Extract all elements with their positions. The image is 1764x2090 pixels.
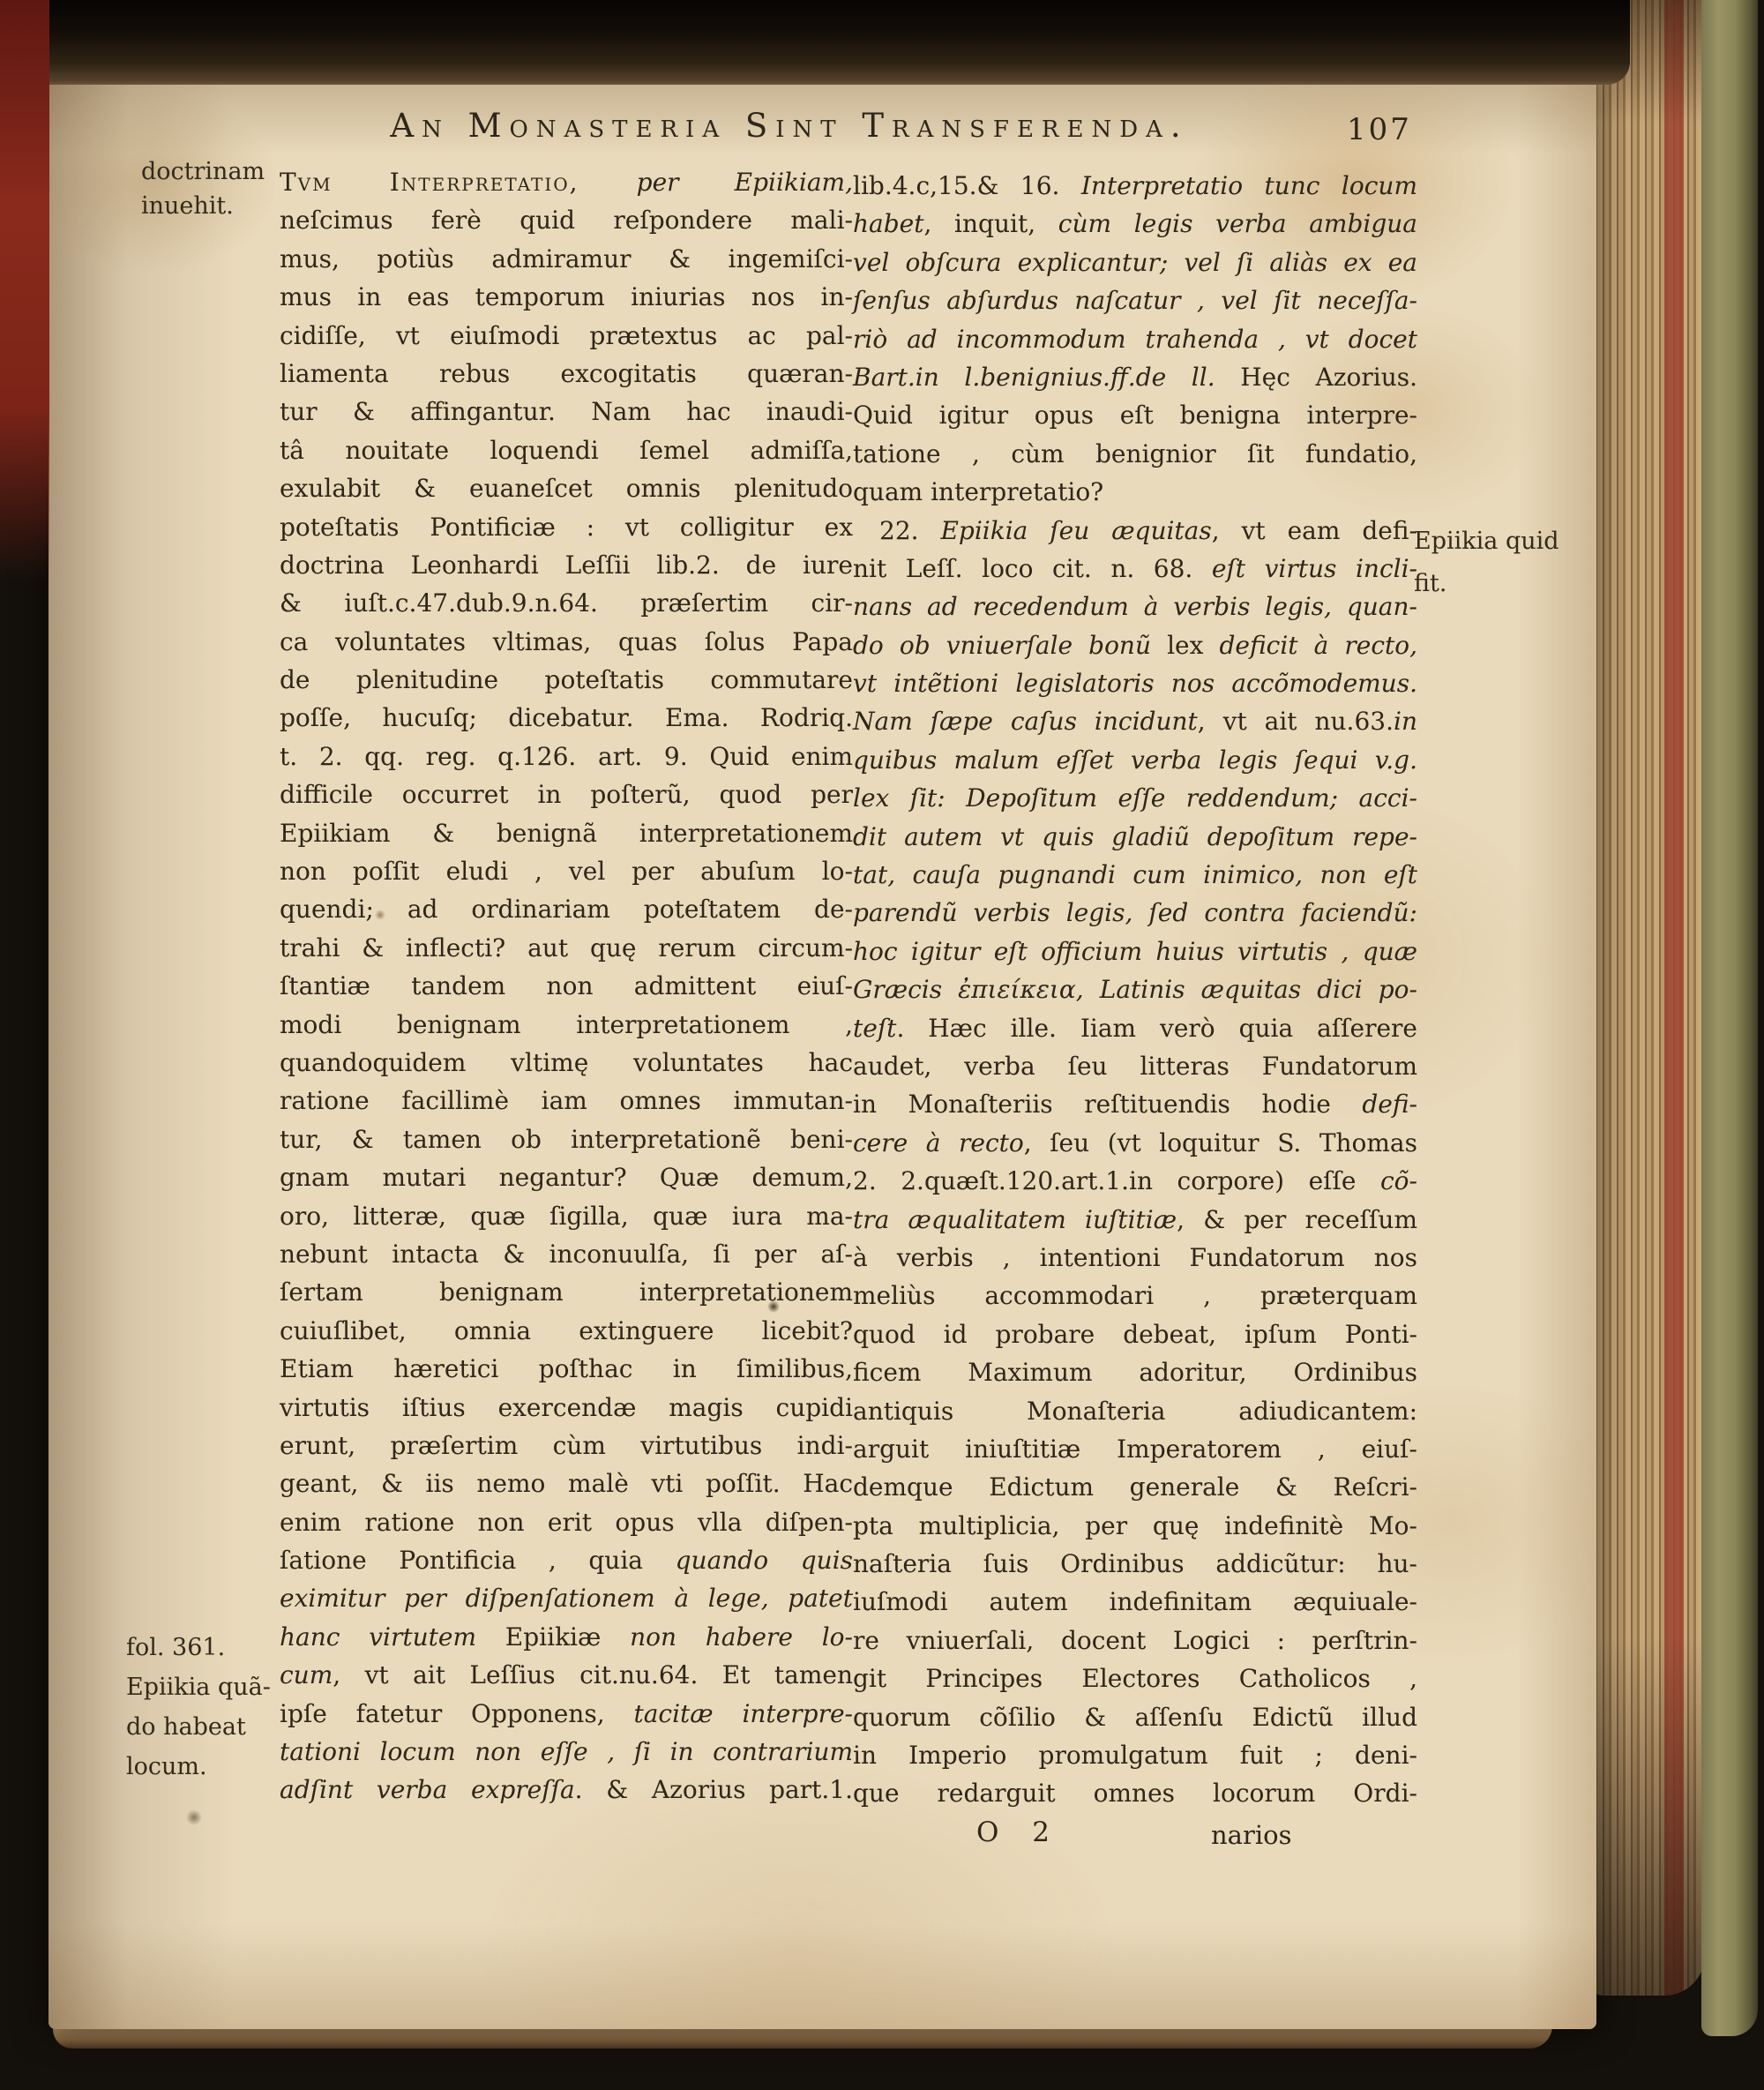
margin-note-right: Epiikia quidfit.	[1414, 521, 1608, 605]
text-line: tur, & tamen ob interpretationẽ beni-	[280, 1120, 853, 1158]
text-line: quandoquidem vltimę voluntates hac	[280, 1044, 853, 1082]
margin-note-line: Epiikia quid	[1414, 521, 1608, 563]
text-line: geant, & iis nemo malè vti poſſit. Hac	[280, 1464, 853, 1502]
text-line: parendũ verbis legis, ſed contra faciend…	[853, 894, 1417, 932]
text-line: vel obſcura explicantur; vel ſi aliàs ex…	[853, 243, 1417, 281]
text-line: ſtantiæ tandem non admittent eiuſ-	[280, 967, 853, 1005]
text-line: quam interpretatio?	[853, 473, 1417, 511]
text-line: cum, vt ait Leſſius cit.nu.64. Et tamen	[280, 1656, 853, 1694]
text-line: 2. 2.quæſt.120.art.1.in corpore) eſſe cõ…	[853, 1162, 1417, 1200]
text-line: ſertam benignam interpretationem	[280, 1273, 853, 1311]
text-line: mus, potiùs admiramur & ingemiſci-	[280, 240, 853, 278]
text-line: exulabit & euaneſcet omnis plenitudo	[280, 469, 853, 507]
text-line: nans ad recedendum à verbis legis, quan-	[853, 588, 1417, 626]
text-line: ca voluntates vltimas, quas ſolus Papa	[280, 623, 853, 661]
text-line: pta multiplicia, per quę indefinitè Mo-	[853, 1507, 1417, 1545]
text-line: quendi; ad ordinariam poteſtatem de-	[280, 890, 853, 928]
text-line: erunt, præſertim cùm virtutibus indi-	[280, 1427, 853, 1464]
margin-note-line: fit.	[1414, 563, 1608, 605]
text-line: ratione facillimè iam omnes immutan-	[280, 1082, 853, 1120]
text-line: ficem Maximum adoritur, Ordinibus	[853, 1353, 1417, 1391]
text-line: in Monaſteriis reſtituendis hodie defi-	[853, 1085, 1417, 1123]
text-line: & iuſt.c.47.dub.9.n.64. præſertim cir-	[280, 584, 853, 622]
running-header: An Monasteria Sint Transferenda.	[313, 107, 1266, 145]
text-line: ſenſus abſurdus naſcatur , vel ſit neceſ…	[853, 281, 1417, 319]
text-line: liamenta rebus excogitatis quæran-	[280, 355, 853, 393]
text-line: tatione , cùm benignior ſit fundatio,	[853, 435, 1417, 473]
text-line: riò ad incommodum trahenda , vt docet	[853, 320, 1417, 358]
text-line: enim ratione non erit opus vlla diſpen-	[280, 1503, 853, 1541]
text-line: nebunt intacta & inconuulſa, ſi per aſ-	[280, 1235, 853, 1273]
text-line: Epiikiam & benignã interpretationem	[280, 814, 853, 852]
text-line: poteſtatis Pontificiæ : vt colligitur ex	[280, 508, 853, 546]
text-line: antiquis Monaſteria adiudicantem:	[853, 1392, 1417, 1430]
text-line: trahi & inflecti? aut quę rerum circum-	[280, 929, 853, 967]
text-line: quibus malum eſſet verba legis ſequi v.g…	[853, 741, 1417, 779]
text-line: iuſmodi autem indefinitam æquiuale-	[853, 1583, 1417, 1621]
text-line: de plenitudine poteſtatis commutare	[280, 661, 853, 699]
text-line: do ob vniuerſale bonũ lex deficit à rect…	[853, 626, 1417, 664]
text-line: Tvm Interpretatio, per Epiikiam,	[280, 163, 853, 201]
catchword: narios	[1211, 1820, 1291, 1850]
text-line: vt intẽtioni legislatoris nos accõmodemu…	[853, 664, 1417, 702]
text-line: cidiſſe, vt eiuſmodi prætextus ac pal-	[280, 317, 853, 355]
text-line: habet, inquit, cùm legis verba ambigua	[853, 205, 1417, 243]
margin-note-line: do habeat	[126, 1707, 320, 1747]
signature-mark: O 2	[976, 1817, 1062, 1848]
margin-note-line: fol. 361.	[126, 1628, 320, 1667]
text-line: hanc virtutem Epiikiæ non habere lo-	[280, 1618, 853, 1656]
text-line: quod id probare debeat, ipſum Ponti-	[853, 1315, 1417, 1353]
text-line: hoc igitur eſt officium huius virtutis ,…	[853, 933, 1417, 970]
text-line: quorum cõſilio & aſſenſu Edictũ illud	[853, 1698, 1417, 1736]
text-line: cere à recto, ſeu (vt loquitur S. Thomas	[853, 1124, 1417, 1162]
text-line: Nam ſæpe caſus incidunt, vt ait nu.63.in	[853, 702, 1417, 740]
text-line: Bart.in l.benignius.ff.de ll. Hęc Azoriu…	[853, 358, 1417, 396]
text-line: tat, cauſa pugnandi cum inimico, non eſt	[853, 856, 1417, 894]
text-line: in Imperio promulgatum fuit ; deni-	[853, 1736, 1417, 1774]
right-column: lib.4.c,15.& 16. Interpretatio tunc locu…	[853, 167, 1417, 1813]
text-line: re vniuerſali, docent Logici : perſtrin-	[853, 1622, 1417, 1659]
text-line: à verbis , intentioni Fundatorum nos	[853, 1239, 1417, 1277]
text-line: lex ſit: Depoſitum eſſe reddendum; acci-	[853, 779, 1417, 817]
text-line: ſatione Pontificia , quia quando quis	[280, 1541, 853, 1579]
text-line: mus in eas temporum iniurias nos in-	[280, 278, 853, 316]
text-line: neſcimus ferè quid reſpondere mali-	[280, 201, 853, 239]
text-line: tra æqualitatem iuſtitiæ, & per receſſum	[853, 1201, 1417, 1239]
text-line: t. 2. qq. reg. q.126. art. 9. Quid enim	[280, 738, 853, 775]
page-fore-edges	[1590, 0, 1705, 1996]
text-line: gnam mutari negantur? Quæ demum,	[280, 1158, 853, 1196]
text-line: naſteria ſuis Ordinibus addicũtur: hu-	[853, 1545, 1417, 1583]
book-spine-edge	[0, 0, 49, 582]
text-line: audet, verba ſeu litteras Fundatorum	[853, 1047, 1417, 1085]
margin-note-left-bottom: fol. 361.Epiikia quã-do habeatlocum.	[126, 1628, 320, 1787]
text-line: poſſe, hucuſq; dicebatur. Ema. Rodriq.	[280, 699, 853, 737]
text-line: dit autem vt quis gladiũ depoſitum repe-	[853, 818, 1417, 856]
margin-note-line: locum.	[126, 1747, 320, 1787]
book-cover-edge	[1701, 0, 1758, 2036]
book-photo: An Monasteria Sint Transferenda. 107 doc…	[0, 0, 1764, 2090]
text-line: non poſſit eludi , vel per abuſum lo-	[280, 852, 853, 890]
text-line: 22. Epiikia ſeu æquitas, vt eam defi-	[853, 512, 1417, 550]
text-line: modi benignam interpretationem ,	[280, 1006, 853, 1044]
book-page: An Monasteria Sint Transferenda. 107 doc…	[49, 75, 1596, 2029]
book-top-edge	[0, 0, 1630, 85]
text-line: virtutis iſtius exercendæ magis cupidi	[280, 1389, 853, 1427]
text-line: que redarguit omnes locorum Ordi-	[853, 1774, 1417, 1812]
text-line: difficile occurret in poſterũ, quod per	[280, 775, 853, 813]
text-line: ipſe fatetur Opponens, tacitæ interpre-	[280, 1695, 853, 1733]
text-line: teſt. Hæc ille. Iiam verò quia aſſerere	[853, 1009, 1417, 1047]
left-column: Tvm Interpretatio, per Epiikiam,neſcimus…	[280, 163, 853, 1809]
text-line: tur & affingantur. Nam hac inaudi-	[280, 393, 853, 431]
text-line: adſint verba expreſſa. & Azorius part.1.	[280, 1771, 853, 1809]
text-line: doctrina Leonhardi Leſſii lib.2. de iure	[280, 546, 853, 584]
text-line: lib.4.c,15.& 16. Interpretatio tunc locu…	[853, 167, 1417, 205]
text-line: Etiam hæretici poſthac in ſimilibus,	[280, 1350, 853, 1388]
text-line: Quid igitur opus eſt benigna interpre-	[853, 396, 1417, 434]
text-line: oro, litteræ, quæ ſigilla, quæ iura ma-	[280, 1197, 853, 1235]
text-line: eximitur per diſpenſationem à lege, pate…	[280, 1579, 853, 1617]
text-line: arguit iniuſtitiæ Imperatorem , eiuſ-	[853, 1430, 1417, 1468]
text-line: nit Leſſ. loco cit. n. 68. eſt virtus in…	[853, 550, 1417, 588]
text-line: tationi locum non eſſe , ſi in contrariu…	[280, 1733, 853, 1771]
text-line: cuiuſlibet, omnia extinguere licebit?	[280, 1312, 853, 1350]
text-line: demque Edictum generale & Reſcri-	[853, 1468, 1417, 1506]
text-line: meliùs accommodari , præterquam	[853, 1277, 1417, 1315]
text-line: Græcis ἐπιείκεια, Latinis æquitas dici p…	[853, 970, 1417, 1008]
text-line: git Principes Electores Catholicos ,	[853, 1659, 1417, 1697]
text-line: tâ nouitate loquendi ſemel admiſſa,	[280, 431, 853, 469]
page-number: 107	[1347, 112, 1412, 147]
margin-note-line: Epiikia quã-	[126, 1667, 320, 1707]
